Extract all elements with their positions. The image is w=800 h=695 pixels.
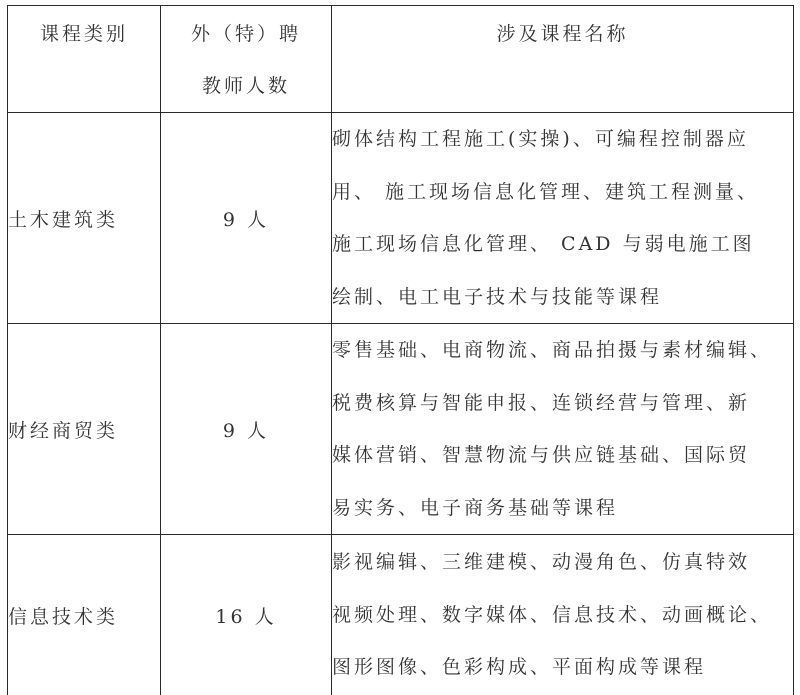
course-line: 施工现场信息化管理、 CAD 与弱电施工图 bbox=[332, 218, 793, 271]
course-line: 媒体营销、智慧物流与供应链基础、国际贸 bbox=[332, 429, 793, 482]
header-teacher-count: 外（特）聘 教师人数 bbox=[161, 6, 331, 112]
course-line: 砌体结构工程施工(实操)、可编程控制器应 bbox=[332, 113, 793, 166]
course-line: 用、 施工现场信息化管理、建筑工程测量、 bbox=[332, 166, 793, 219]
header-courses-cell: 涉及课程名称 bbox=[332, 6, 794, 113]
courses-cell: 影视编辑、三维建模、动漫角色、仿真特效 视频处理、数字媒体、信息技术、动画概论、… bbox=[332, 535, 794, 695]
category-cell: 财经商贸类 bbox=[8, 324, 161, 535]
table-row: 土木建筑类 9 人 砌体结构工程施工(实操)、可编程控制器应 用、 施工现场信息… bbox=[8, 113, 794, 324]
teacher-count-cell: 9 人 bbox=[161, 113, 332, 324]
category-cell: 土木建筑类 bbox=[8, 113, 161, 324]
course-line: 零售基础、电商物流、商品拍摄与素材编辑、 bbox=[332, 324, 793, 377]
courses-cell: 砌体结构工程施工(实操)、可编程控制器应 用、 施工现场信息化管理、建筑工程测量… bbox=[332, 113, 794, 324]
category-cell: 信息技术类 bbox=[8, 535, 161, 695]
course-line: 易实务、电子商务基础等课程 bbox=[332, 482, 793, 535]
header-row: 课程类别 外（特）聘 教师人数 涉及课程名称 bbox=[8, 6, 794, 113]
course-line: 影视编辑、三维建模、动漫角色、仿真特效 bbox=[332, 536, 793, 589]
table-row: 信息技术类 16 人 影视编辑、三维建模、动漫角色、仿真特效 视频处理、数字媒体… bbox=[8, 535, 794, 695]
header-category: 课程类别 bbox=[8, 6, 160, 60]
header-teacher-count-line2: 教师人数 bbox=[161, 60, 331, 112]
course-teacher-table: 课程类别 外（特）聘 教师人数 涉及课程名称 土木建筑类 9 人 砌体结构工程施… bbox=[7, 5, 794, 695]
course-line: 视频处理、数字媒体、信息技术、动画概论、 bbox=[332, 589, 793, 642]
course-line: 税费核算与智能申报、连锁经营与管理、新 bbox=[332, 377, 793, 430]
header-teacher-count-cell: 外（特）聘 教师人数 bbox=[161, 6, 332, 113]
teacher-count-cell: 9 人 bbox=[161, 324, 332, 535]
header-teacher-count-line1: 外（特）聘 bbox=[161, 8, 331, 60]
header-courses: 涉及课程名称 bbox=[332, 6, 793, 60]
teacher-count-cell: 16 人 bbox=[161, 535, 332, 695]
courses-cell: 零售基础、电商物流、商品拍摄与素材编辑、 税费核算与智能申报、连锁经营与管理、新… bbox=[332, 324, 794, 535]
header-category-cell: 课程类别 bbox=[8, 6, 161, 113]
course-line: 图形图像、色彩构成、平面构成等课程 bbox=[332, 641, 793, 694]
table-row: 财经商贸类 9 人 零售基础、电商物流、商品拍摄与素材编辑、 税费核算与智能申报… bbox=[8, 324, 794, 535]
course-line: 绘制、电工电子技术与技能等课程 bbox=[332, 271, 793, 324]
